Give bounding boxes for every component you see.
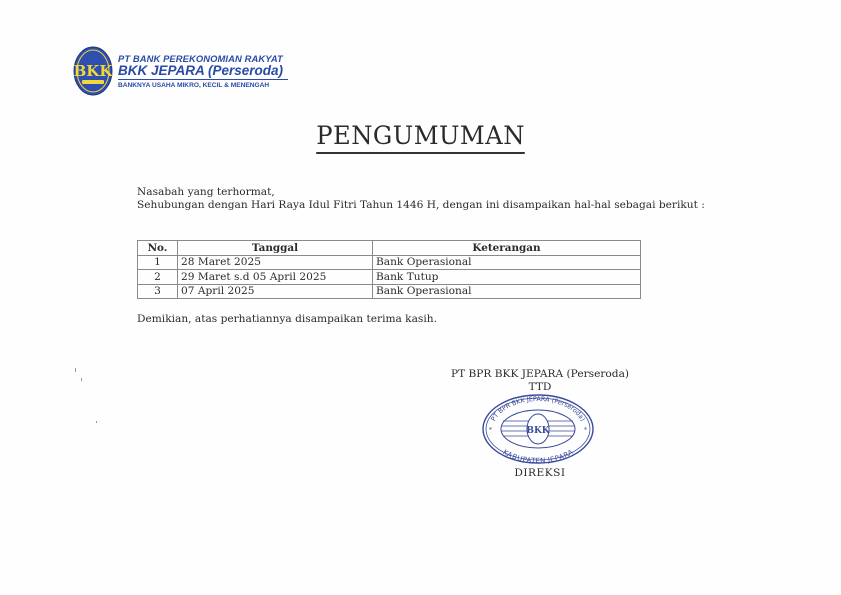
table-row: 2 29 Maret s.d 05 April 2025 Bank Tutup xyxy=(138,270,641,285)
cell-no: 2 xyxy=(138,270,178,285)
scan-artifact xyxy=(96,421,97,423)
header-keterangan: Keterangan xyxy=(373,241,641,256)
cell-no: 1 xyxy=(138,255,178,270)
official-stamp-icon: BKK PT BPR BKK JEPARA (Perseroda) KABUPA… xyxy=(481,393,595,465)
scan-artifact xyxy=(75,368,76,372)
document-title-wrap: PENGUMUMAN xyxy=(0,122,841,154)
signature-block: PT BPR BKK JEPARA (Perseroda) TTD xyxy=(440,368,640,394)
table-row: 1 28 Maret 2025 Bank Operasional xyxy=(138,255,641,270)
svg-text:BKK: BKK xyxy=(526,426,550,436)
header-no: No. xyxy=(138,241,178,256)
table-row: 3 07 April 2025 Bank Operasional xyxy=(138,284,641,299)
holiday-schedule-table: No. Tanggal Keterangan 1 28 Maret 2025 B… xyxy=(137,240,641,299)
greeting-text: Nasabah yang terhormat, xyxy=(137,186,641,199)
signatory-role: DIREKSI xyxy=(440,467,640,479)
signatory-company: PT BPR BKK JEPARA (Perseroda) xyxy=(440,368,640,381)
intro-paragraph: Sehubungan dengan Hari Raya Idul Fitri T… xyxy=(137,199,745,212)
document-title: PENGUMUMAN xyxy=(316,122,525,154)
bkk-logo-icon: BKK xyxy=(73,46,113,96)
closing-text: Demikian, atas perhatiannya disampaikan … xyxy=(137,313,641,326)
letterhead: PT BANK PEREKONOMIAN RAKYAT BKK JEPARA (… xyxy=(118,53,288,91)
table-header-row: No. Tanggal Keterangan xyxy=(138,241,641,256)
cell-tanggal: 07 April 2025 xyxy=(178,284,373,299)
svg-text:*: * xyxy=(584,427,587,434)
svg-text:KABUPATEN JEPARA: KABUPATEN JEPARA xyxy=(501,448,574,465)
cell-keterangan: Bank Operasional xyxy=(373,255,641,270)
cell-tanggal: 29 Maret s.d 05 April 2025 xyxy=(178,270,373,285)
svg-text:*: * xyxy=(489,427,492,434)
svg-text:BKK: BKK xyxy=(74,62,113,80)
cell-keterangan: Bank Operasional xyxy=(373,284,641,299)
cell-keterangan: Bank Tutup xyxy=(373,270,641,285)
cell-tanggal: 28 Maret 2025 xyxy=(178,255,373,270)
announcement-page: BKK PT BANK PEREKONOMIAN RAKYAT BKK JEPA… xyxy=(0,0,841,595)
company-name: BKK JEPARA (Perseroda) xyxy=(118,64,288,80)
scan-artifact xyxy=(81,378,82,381)
cell-no: 3 xyxy=(138,284,178,299)
header-tanggal: Tanggal xyxy=(178,241,373,256)
company-tagline: BANKNYA USAHA MIKRO, KECIL & MENENGAH xyxy=(118,81,288,91)
